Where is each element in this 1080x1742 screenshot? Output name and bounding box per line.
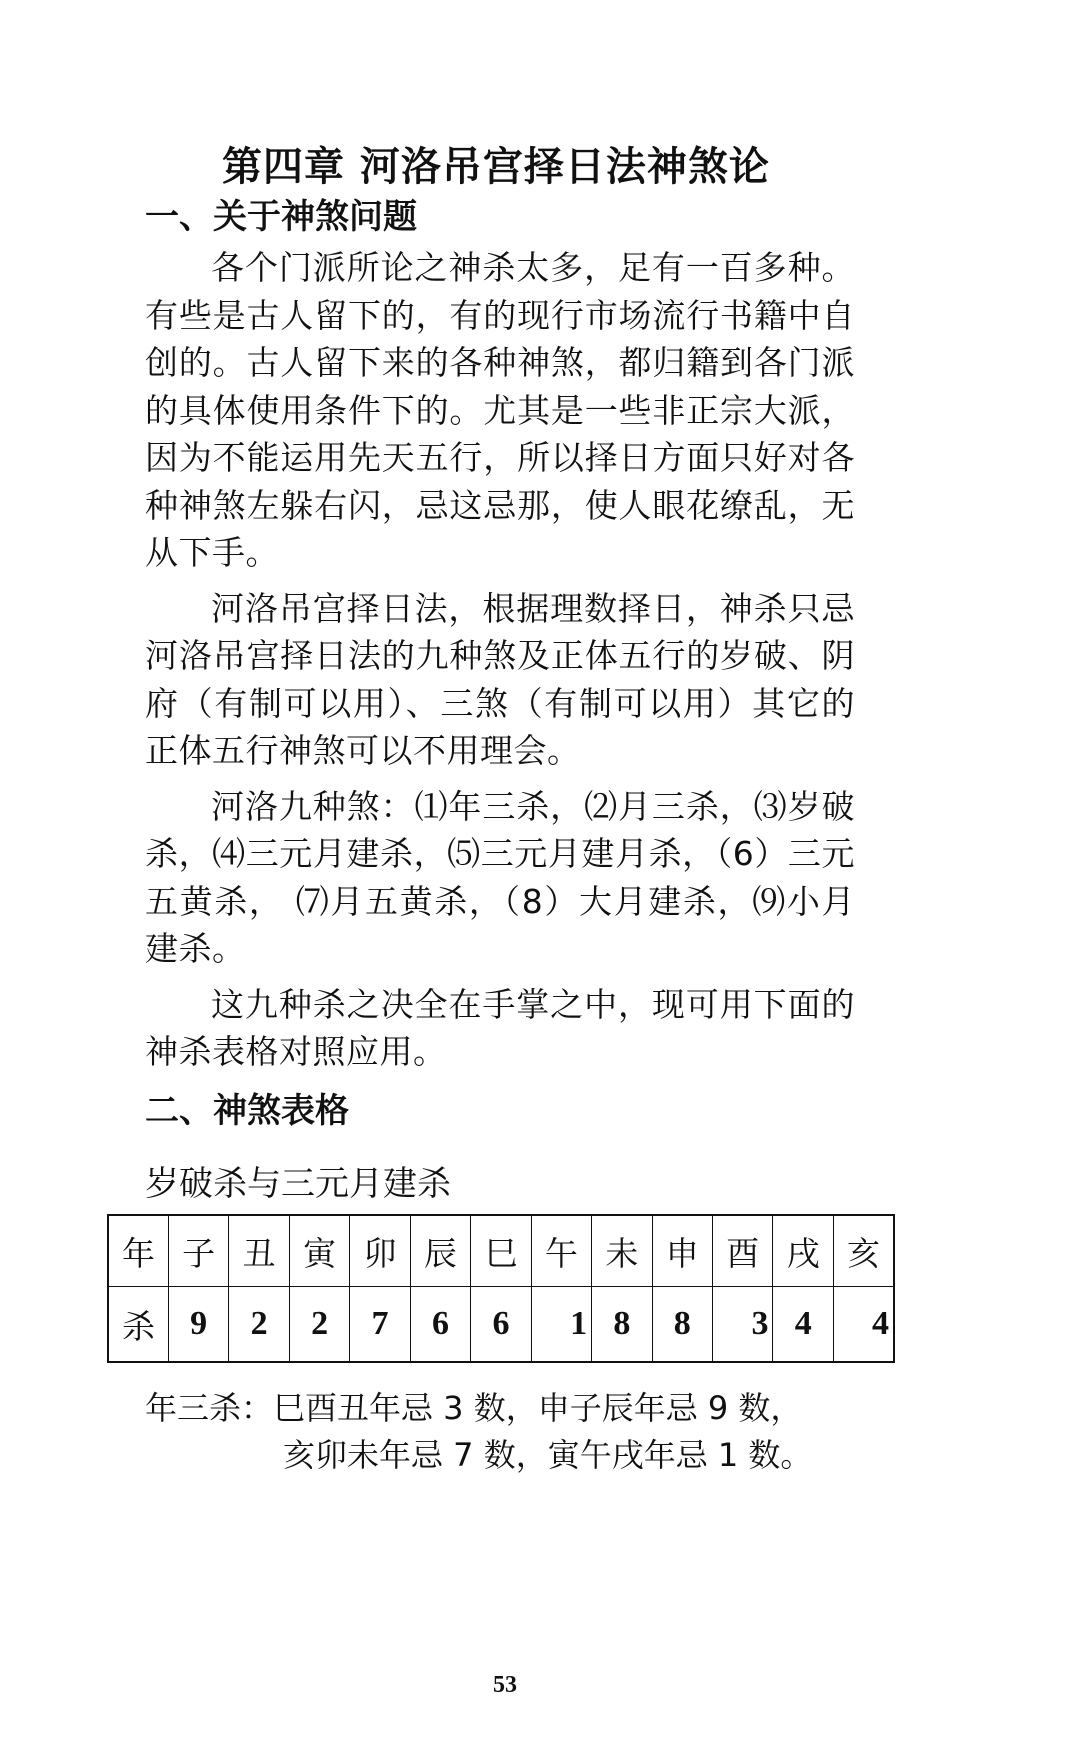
- branch-cell: 丑: [229, 1215, 289, 1287]
- value-cell: 9: [168, 1287, 228, 1363]
- branch-cell: 亥: [833, 1215, 894, 1287]
- section-heading-2: 二、神煞表格: [145, 1090, 349, 1132]
- paragraph-4: 这九种杀之决全在手掌之中，现可用下面的神杀表格对照应用。: [145, 981, 855, 1076]
- value-cell: 4: [773, 1287, 833, 1363]
- book-page: 第四章 河洛吊宫择日法神煞论 一、关于神煞问题 各个门派所论之神杀太多，足有一百…: [0, 0, 1080, 1742]
- value-cell: 8: [592, 1287, 652, 1363]
- value-cell: 2: [229, 1287, 289, 1363]
- value-cell: 6: [471, 1287, 531, 1363]
- note-line-2: 亥卯未年忌 7 数，寅午戌年忌 1 数。: [145, 1432, 812, 1479]
- note-line-1: 年三杀：巳酉丑年忌 3 数，申子辰年忌 9 数，: [145, 1385, 812, 1432]
- paragraph-3: 河洛九种煞：⑴年三杀，⑵月三杀，⑶岁破杀，⑷三元月建杀，⑸三元月建月杀，（6）三…: [145, 783, 855, 973]
- paragraph-1: 各个门派所论之神杀太多，足有一百多种。有些是古人留下的，有的现行市场流行书籍中自…: [145, 244, 855, 577]
- row-label-sha: 杀: [108, 1287, 168, 1363]
- paragraph-2: 河洛吊宫择日法，根据理数择日，神杀只忌河洛吊宫择日法的九种煞及正体五行的岁破、阴…: [145, 585, 855, 775]
- branch-cell: 午: [531, 1215, 591, 1287]
- page-number: 53: [0, 1672, 1010, 1699]
- table-row-values: 杀 9 2 2 7 6 6 1 8 8 3 4 4: [108, 1287, 894, 1363]
- branch-cell: 酉: [713, 1215, 773, 1287]
- branch-cell: 子: [168, 1215, 228, 1287]
- value-cell: 1: [531, 1287, 591, 1363]
- table-row-branches: 年 子 丑 寅 卯 辰 巳 午 未 申 酉 戌 亥: [108, 1215, 894, 1287]
- branch-cell: 卯: [350, 1215, 410, 1287]
- branch-cell: 申: [652, 1215, 712, 1287]
- chapter-title: 第四章 河洛吊宫择日法神煞论: [222, 143, 782, 191]
- value-cell: 7: [350, 1287, 410, 1363]
- branch-cell: 辰: [410, 1215, 470, 1287]
- section-heading-1: 一、关于神煞问题: [145, 196, 417, 238]
- branch-cell: 戌: [773, 1215, 833, 1287]
- branch-cell: 巳: [471, 1215, 531, 1287]
- year-three-sha-note: 年三杀：巳酉丑年忌 3 数，申子辰年忌 9 数， 亥卯未年忌 7 数，寅午戌年忌…: [145, 1385, 812, 1479]
- value-cell: 8: [652, 1287, 712, 1363]
- table-title: 岁破杀与三元月建杀: [145, 1162, 451, 1206]
- value-cell: 3: [713, 1287, 773, 1363]
- value-cell: 6: [410, 1287, 470, 1363]
- value-cell: 4: [833, 1287, 894, 1363]
- section-1-body: 各个门派所论之神杀太多，足有一百多种。有些是古人留下的，有的现行市场流行书籍中自…: [145, 244, 855, 1076]
- row-label-year: 年: [108, 1215, 168, 1287]
- shensha-table: 年 子 丑 寅 卯 辰 巳 午 未 申 酉 戌 亥 杀 9 2 2 7 6 6 …: [107, 1214, 895, 1363]
- branch-cell: 寅: [289, 1215, 349, 1287]
- branch-cell: 未: [592, 1215, 652, 1287]
- value-cell: 2: [289, 1287, 349, 1363]
